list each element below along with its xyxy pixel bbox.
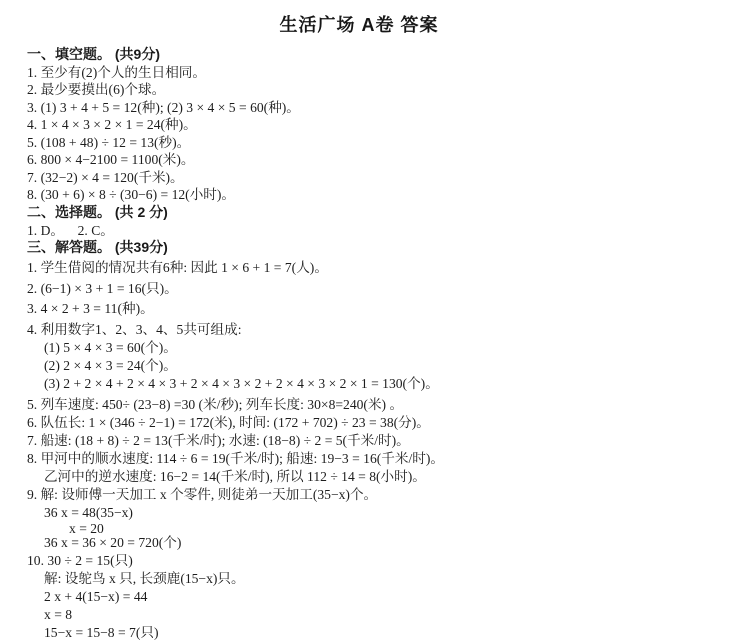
answer-subline: (1) 5 × 4 × 3 = 60(个)。 — [27, 339, 721, 357]
answer-line: 8. (30 + 6) × 8 ÷ (30−6) = 12(小时)。 — [27, 186, 721, 204]
answer-line: 5. 列车速度: 450÷ (23−8) =30 (米/秒); 列车长度: 30… — [27, 396, 721, 414]
section-heading: 一、填空题。 (共9分) — [27, 46, 721, 64]
equation-line: x = 8 — [27, 606, 721, 624]
answer-line: 1. 学生借阅的情况共有6种: 因此 1 × 6 + 1 = 7(人)。 — [27, 259, 721, 277]
answer-line: 4. 利用数字1、2、3、4、5共可组成: — [27, 321, 721, 339]
answer-line: 1. D。 2. C。 — [27, 222, 721, 240]
answer-line: 6. 队伍长: 1 × (346 ÷ 2−1) = 172(米), 时间: (1… — [27, 414, 721, 432]
answer-line: 7. 船速: (18 + 8) ÷ 2 = 13(千米/时); 水速: (18−… — [27, 432, 721, 450]
answer-subline: 乙河中的逆水速度: 16−2 = 14(千米/时), 所以 112 ÷ 14 =… — [27, 468, 721, 486]
equation-line: x = 20 — [27, 523, 721, 535]
section-fill-in-blanks: 一、填空题。 (共9分) 1. 至少有(2)个人的生日相同。 2. 最少要摸出(… — [27, 46, 721, 204]
answer-line: 4. 1 × 4 × 3 × 2 × 1 = 24(种)。 — [27, 116, 721, 134]
answer-line: 7. (32−2) × 4 = 120(千米)。 — [27, 169, 721, 187]
answer-line: 6. 800 × 4−2100 = 1100(米)。 — [27, 151, 721, 169]
section-heading: 三、解答题。 (共39分) — [27, 239, 721, 257]
answer-line: 3. 4 × 2 + 3 = 11(种)。 — [27, 300, 721, 318]
section-multiple-choice: 二、选择题。 (共 2 分) 1. D。 2. C。 — [27, 204, 721, 239]
answer-sheet-page: 生活广场 A卷 答案 一、填空题。 (共9分) 1. 至少有(2)个人的生日相同… — [0, 0, 739, 643]
answer-subline: (2) 2 × 4 × 3 = 24(个)。 — [27, 357, 721, 375]
equation-line: 15−x = 15−8 = 7(只) — [27, 624, 721, 642]
answer-subline: 解: 设鸵鸟 x 只, 长颈鹿(15−x)只。 — [27, 570, 721, 588]
equation-line: 2 x + 4(15−x) = 44 — [27, 588, 721, 606]
section-solutions: 三、解答题。 (共39分) 1. 学生借阅的情况共有6种: 因此 1 × 6 +… — [27, 239, 721, 642]
answer-subline: (3) 2 + 2 × 4 + 2 × 4 × 3 + 2 × 4 × 3 × … — [27, 375, 721, 393]
answer-line: 9. 解: 设师傅一天加工 x 个零件, 则徒弟一天加工(35−x)个。 — [27, 486, 721, 504]
equation-line: 36 x = 36 × 20 = 720(个) — [27, 534, 721, 552]
page-title: 生活广场 A卷 答案 — [27, 11, 691, 37]
answer-line: 10. 30 ÷ 2 = 15(只) — [27, 552, 721, 570]
answer-line: 8. 甲河中的顺水速度: 114 ÷ 6 = 19(千米/时); 船速: 19−… — [27, 450, 721, 468]
section-heading: 二、选择题。 (共 2 分) — [27, 204, 721, 222]
answer-line: 3. (1) 3 + 4 + 5 = 12(种); (2) 3 × 4 × 5 … — [27, 99, 721, 117]
answer-line: 5. (108 + 48) ÷ 12 = 13(秒)。 — [27, 134, 721, 152]
equation-line: 36 x = 48(35−x) — [27, 504, 721, 522]
answer-line: 2. (6−1) × 3 + 1 = 16(只)。 — [27, 280, 721, 298]
answer-line: 2. 最少要摸出(6)个球。 — [27, 81, 721, 99]
answer-line: 1. 至少有(2)个人的生日相同。 — [27, 64, 721, 82]
